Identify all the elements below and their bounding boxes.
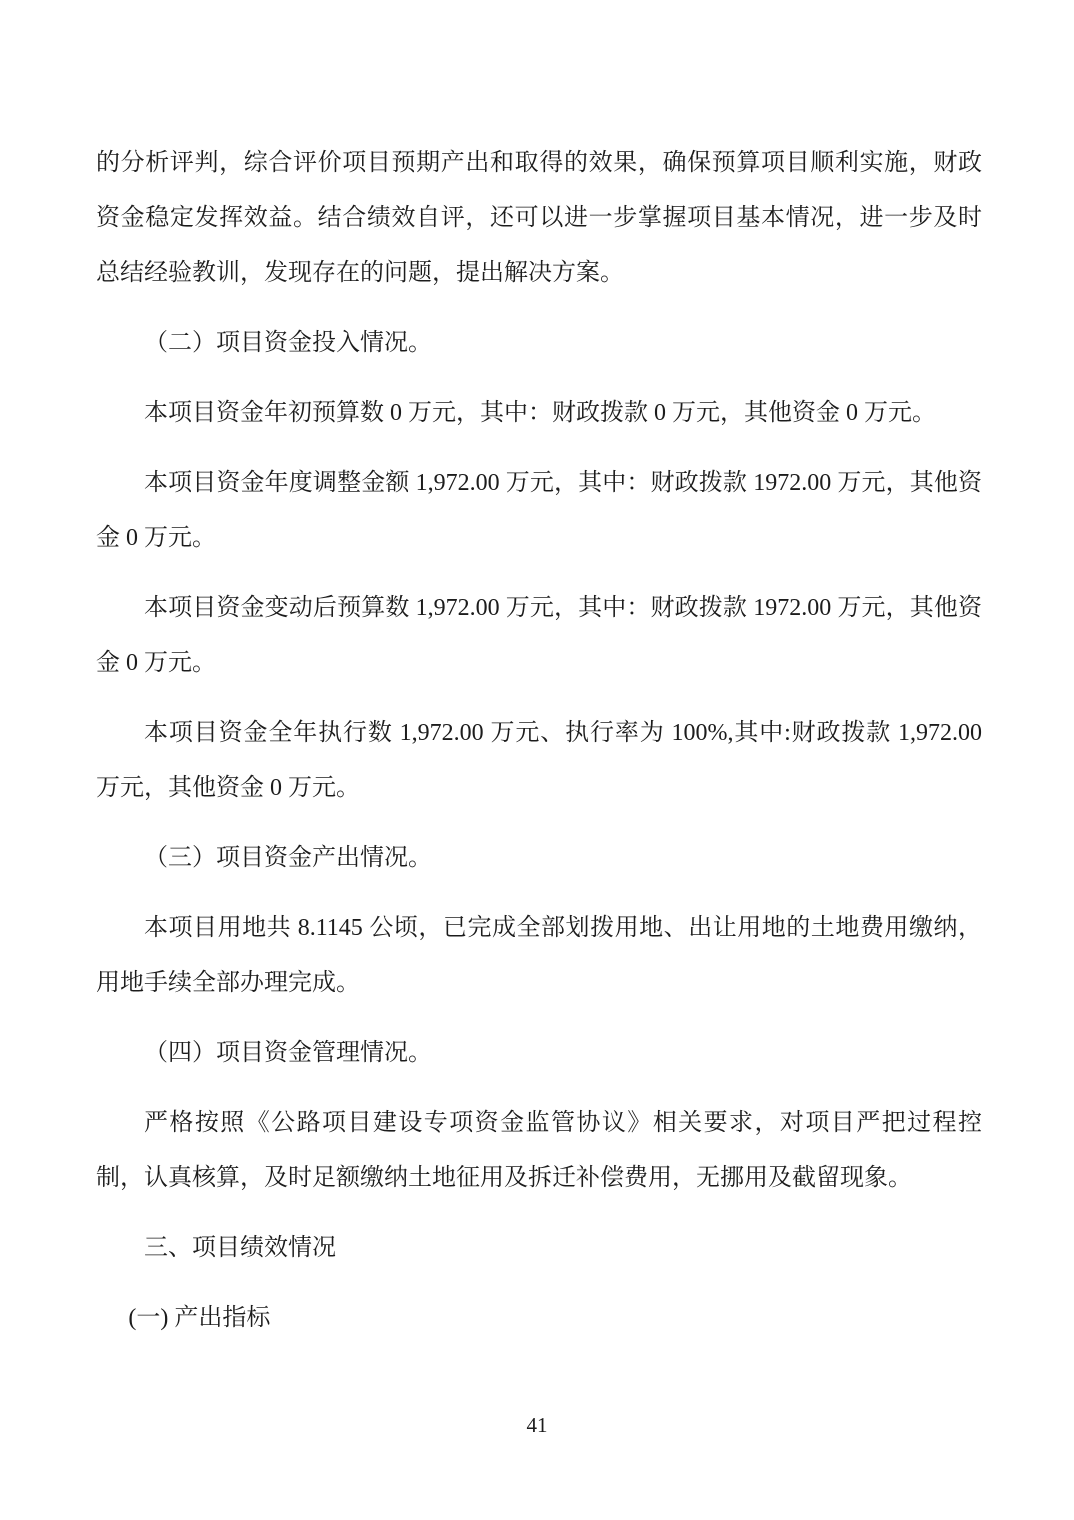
document-body: 的分析评判，综合评价项目预期产出和取得的效果，确保预算项目顺利实施，财政资金稳定… <box>96 136 982 1361</box>
body-paragraph: 本项目资金变动后预算数 1,972.00 万元，其中：财政拨款 1972.00 … <box>96 581 982 691</box>
section-heading: （四）项目资金管理情况。 <box>96 1026 982 1081</box>
section-heading: （三）项目资金产出情况。 <box>96 831 982 886</box>
sub-heading: (一) 产出指标 <box>96 1291 982 1346</box>
section-heading: 三、项目绩效情况 <box>96 1221 982 1276</box>
page-number: 41 <box>0 1412 1074 1438</box>
body-paragraph: 本项目资金全年执行数 1,972.00 万元、执行率为 100%,其中:财政拨款… <box>96 706 982 816</box>
body-paragraph: 本项目用地共 8.1145 公顷，已完成全部划拨用地、出让用地的土地费用缴纳，用… <box>96 901 982 1011</box>
section-heading: （二）项目资金投入情况。 <box>96 316 982 371</box>
body-paragraph: 严格按照《公路项目建设专项资金监管协议》相关要求，对项目严把过程控制，认真核算，… <box>96 1096 982 1206</box>
document-page: 的分析评判，综合评价项目预期产出和取得的效果，确保预算项目顺利实施，财政资金稳定… <box>0 0 1074 1520</box>
body-paragraph: 本项目资金年度调整金额 1,972.00 万元，其中：财政拨款 1972.00 … <box>96 456 982 566</box>
body-paragraph: 本项目资金年初预算数 0 万元，其中：财政拨款 0 万元，其他资金 0 万元。 <box>96 386 982 441</box>
continuation-paragraph: 的分析评判，综合评价项目预期产出和取得的效果，确保预算项目顺利实施，财政资金稳定… <box>96 136 982 301</box>
